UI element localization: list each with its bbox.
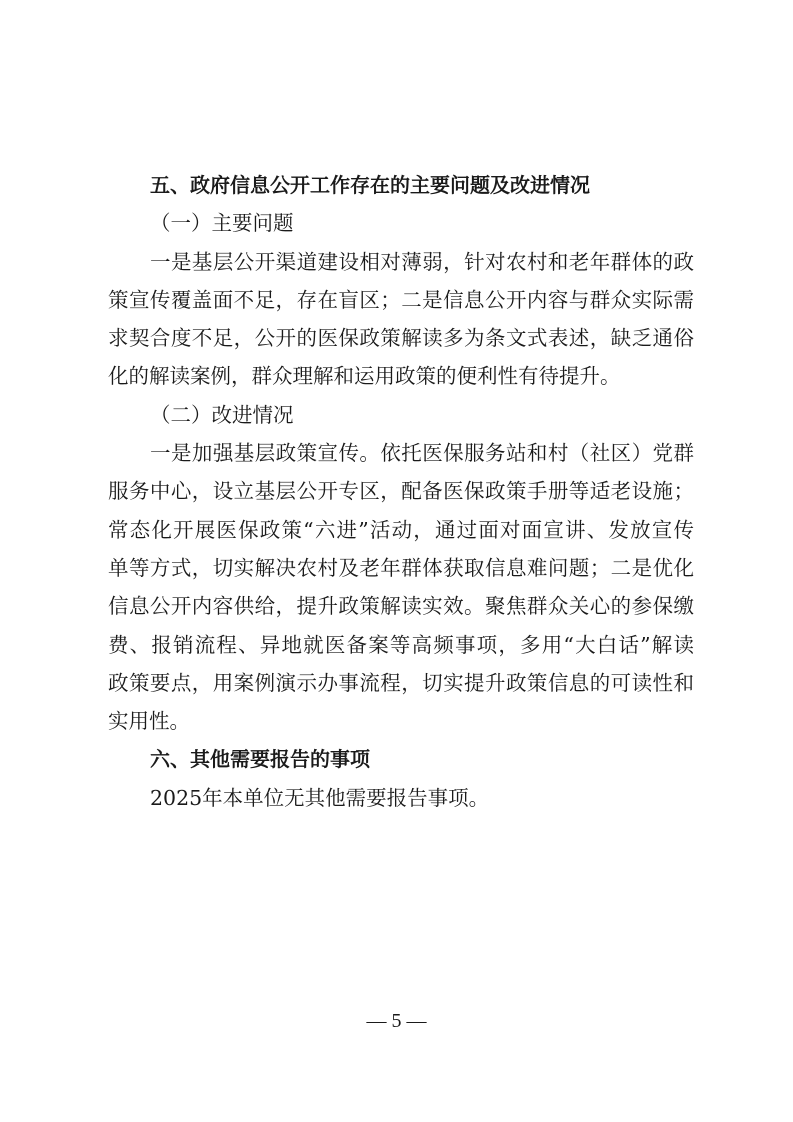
paragraph-line: 策宣传覆盖面不足，存在盲区；二是信息公开内容与群众实际需 [108,281,694,319]
section-heading-5: 五、政府信息公开工作存在的主要问题及改进情况 [108,166,694,204]
paragraph-line: 实用性。 [108,702,694,740]
paragraph-line: 单等方式，切实解决农村及老年群体获取信息难问题；二是优化 [108,549,694,587]
paragraph-line: 常态化开展医保政策“六进”活动，通过面对面宣讲、发放宣传 [108,511,694,549]
paragraph-line: 费、报销流程、异地就医备案等高频事项，多用“大白话”解读 [108,626,694,664]
subsection-heading-improvements: （二）改进情况 [108,396,694,434]
section-heading-6: 六、其他需要报告的事项 [108,740,694,778]
paragraph-line: 政策要点，用案例演示办事流程，切实提升政策信息的可读性和 [108,664,694,702]
document-page: 五、政府信息公开工作存在的主要问题及改进情况 （一）主要问题 一是基层公开渠道建… [0,0,793,1122]
document-body: 五、政府信息公开工作存在的主要问题及改进情况 （一）主要问题 一是基层公开渠道建… [108,166,694,817]
paragraph-other-matters: 2025年本单位无其他需要报告事项。 [108,779,694,817]
paragraph-line: 服务中心，设立基层公开专区，配备医保政策手册等适老设施； [108,472,694,510]
paragraph-line: 一是基层公开渠道建设相对薄弱，针对农村和老年群体的政 [108,243,694,281]
paragraph-improvements: 一是加强基层政策宣传。依托医保服务站和村（社区）党群 服务中心，设立基层公开专区… [108,434,694,740]
page-number: — 5 — [0,1010,793,1033]
paragraph-line: 化的解读案例，群众理解和运用政策的便利性有待提升。 [108,357,694,395]
paragraph-line: 信息公开内容供给，提升政策解读实效。聚焦群众关心的参保缴 [108,587,694,625]
paragraph-main-problems: 一是基层公开渠道建设相对薄弱，针对农村和老年群体的政 策宣传覆盖面不足，存在盲区… [108,243,694,396]
subsection-heading-main-problems: （一）主要问题 [108,204,694,242]
paragraph-line: 求契合度不足，公开的医保政策解读多为条文式表述，缺乏通俗 [108,319,694,357]
paragraph-line: 一是加强基层政策宣传。依托医保服务站和村（社区）党群 [108,434,694,472]
